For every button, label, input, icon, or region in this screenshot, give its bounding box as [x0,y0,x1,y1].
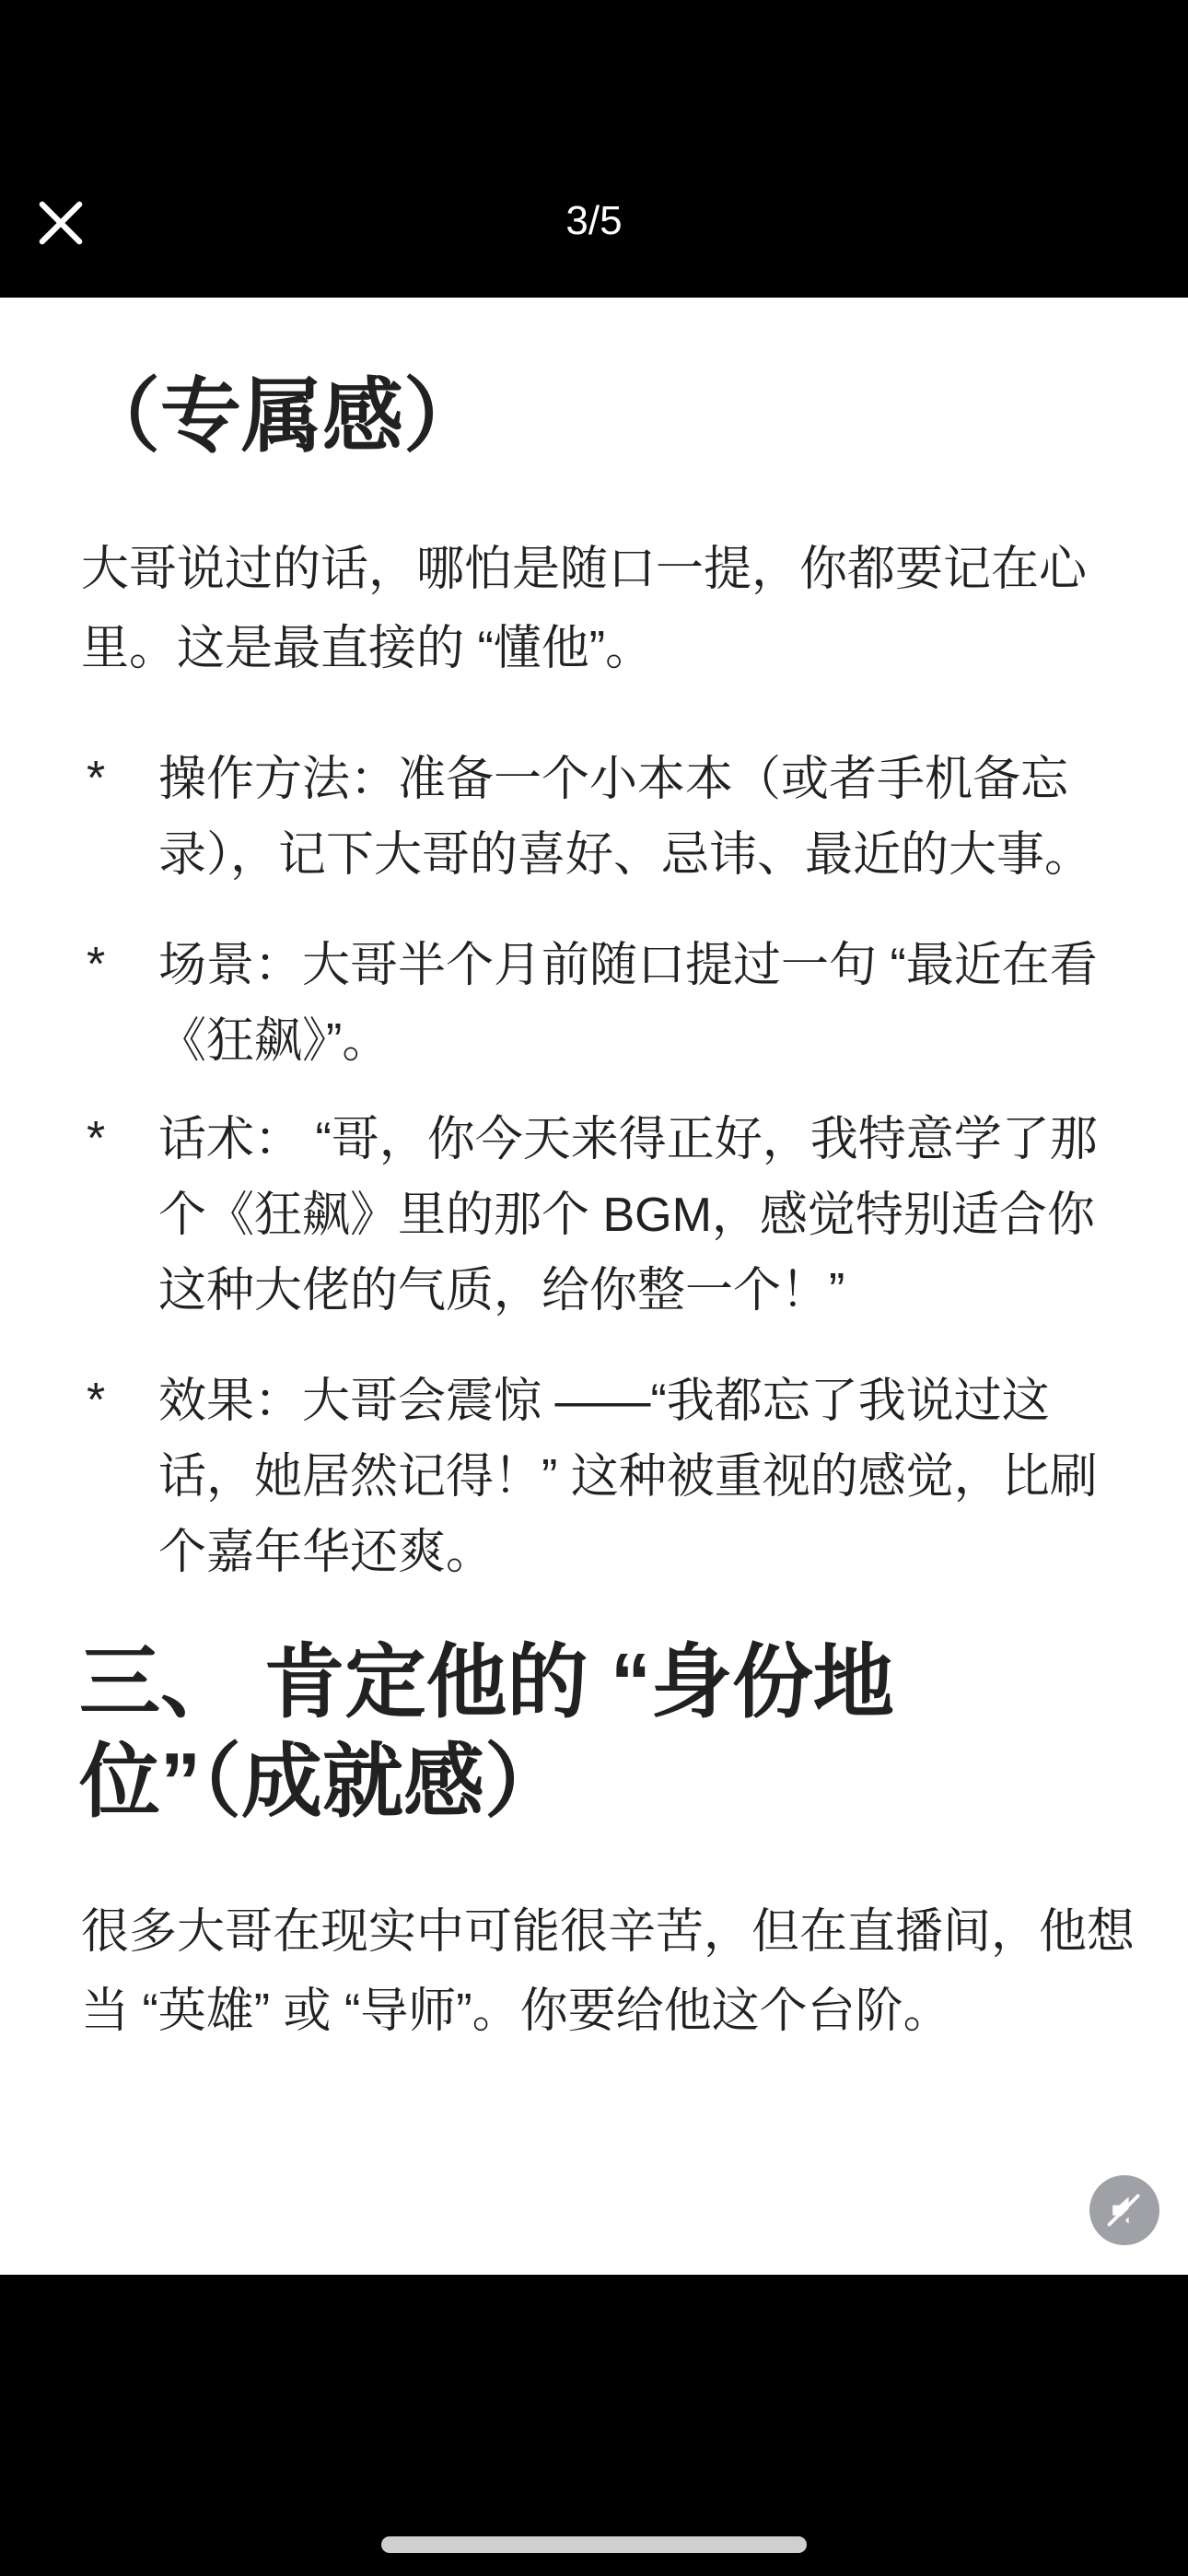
page-indicator: 3/5 [0,195,1188,247]
list-item: * 操作方法：准备一个小本本（或者手机备忘 录），记下大哥的喜好、忌讳、最近的大… [0,742,1188,893]
list-item-text: 话术： “哥，你今天来得正好，我特意学了那 个《狂飙》里的那个 BGM，感觉特别… [158,1102,1124,1329]
section-heading-exclusive: （专属感） [79,367,1147,466]
home-indicator[interactable] [381,2536,807,2553]
section-heading-identity: 三、 肯定他的 “身份地 位”（成就感） [79,1633,1147,1832]
paragraph-identity: 很多大哥在现实中可能很辛苦，但在直播间，他想 当 “英雄” 或 “导师”。你要给… [81,1892,1140,2051]
bullet-marker: * [87,755,105,802]
list-item: * 场景：大哥半个月前随口提过一句 “最近在看 《狂飙》”。 [0,928,1188,1079]
screen: 3/5 （专属感） 大哥说过的话，哪怕是随口一提，你都要记在心 里。这是最直接的… [0,0,1188,2576]
mute-speaker-icon [1104,2190,1145,2231]
top-bar: 3/5 [0,0,1188,298]
list-item: * 效果：大哥会震惊 ——“我都忘了我说过这 话，她居然记得！” 这种被重视的感… [0,1364,1188,1590]
list-item: * 话术： “哥，你今天来得正好，我特意学了那 个《狂飙》里的那个 BGM，感觉… [0,1102,1188,1329]
bullet-marker: * [87,1115,105,1163]
bullet-marker: * [87,1376,105,1424]
bottom-bar [0,2275,1188,2576]
paragraph-intro: 大哥说过的话，哪怕是随口一提，你都要记在心 里。这是最直接的 “懂他”。 [81,530,1140,688]
mute-button[interactable] [1089,2175,1159,2245]
bullet-marker: * [87,941,105,989]
list-item-text: 效果：大哥会震惊 ——“我都忘了我说过这 话，她居然记得！” 这种被重视的感觉，… [158,1364,1124,1590]
list-item-text: 场景：大哥半个月前随口提过一句 “最近在看 《狂飙》”。 [158,928,1124,1079]
list-item-text: 操作方法：准备一个小本本（或者手机备忘 录），记下大哥的喜好、忌讳、最近的大事。 [158,742,1124,893]
